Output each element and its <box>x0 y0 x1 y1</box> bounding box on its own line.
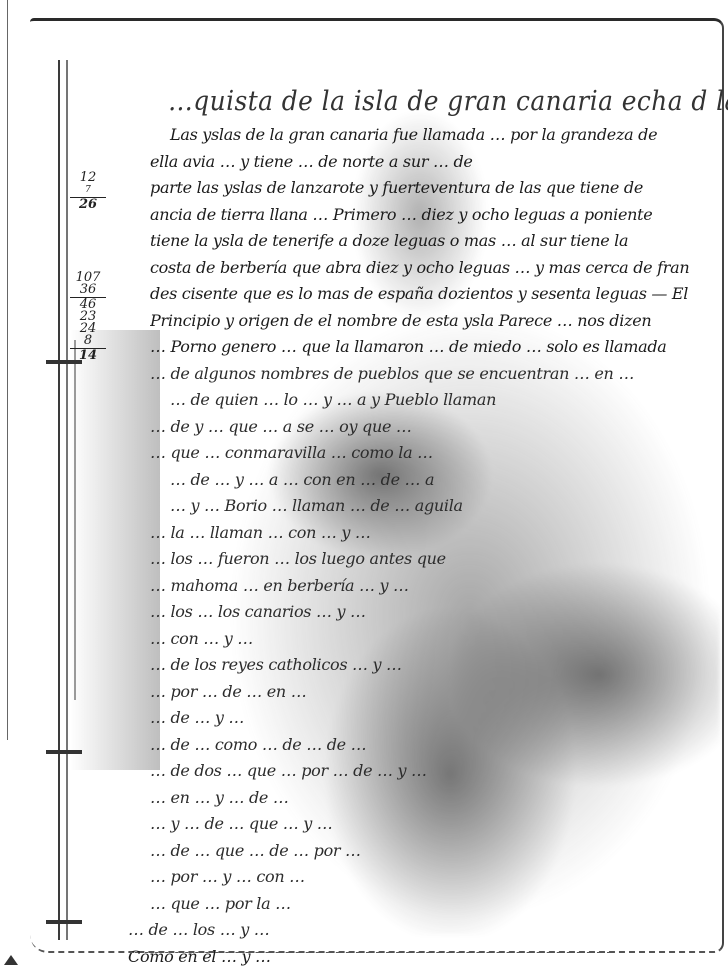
text-line: … y … de … que … y … <box>150 811 710 838</box>
text-line: … de … que … de … por … <box>150 838 710 865</box>
margin-tally-1: 12 7 26 <box>70 172 106 211</box>
text-line: costa de berbería que abra diez y ocho l… <box>150 255 710 282</box>
scan-edge-line <box>7 0 8 740</box>
text-line: … mahoma … en berbería … y … <box>150 573 710 600</box>
text-line: ella avia … y tiene … de norte a sur … d… <box>150 149 710 176</box>
text-line: … de los reyes catholicos … y … <box>150 652 710 679</box>
text-line: … Porno genero … que la llamaron … de mi… <box>150 334 710 361</box>
text-line: parte las yslas de lanzarote y fuerteven… <box>150 175 710 202</box>
margin-number: 12 <box>70 172 106 184</box>
text-line: … en … y … de … <box>150 785 710 812</box>
text-line: … los … fueron … los luego antes que <box>150 546 710 573</box>
text-line: … de y … que … a se … oy que … <box>150 414 710 441</box>
text-line: … de … los … y … <box>128 917 710 944</box>
text-line: … de … y … a … con en … de … a <box>150 467 710 494</box>
text-line: ancia de tierra llana … Primero … diez y… <box>150 202 710 229</box>
text-line: des cisente que es lo mas de españa dozi… <box>150 281 710 308</box>
margin-number: 7 <box>70 184 106 196</box>
text-line: tiene la ysla de tenerife a doze leguas … <box>150 228 710 255</box>
text-line: Como en el … y … <box>128 944 710 971</box>
text-line: … de algunos nombres de pueblos que se e… <box>150 361 710 388</box>
text-line: … la … llaman … con … y … <box>150 520 710 547</box>
text-line: … de … como … de … de … <box>150 732 710 759</box>
text-line: … de … y … <box>150 705 710 732</box>
text-line: … y … Borio … llaman … de … aguila <box>150 493 710 520</box>
text-line: … con … y … <box>150 626 710 653</box>
text-line: … los … los canarios … y … <box>150 599 710 626</box>
margin-number: 36 <box>70 284 106 296</box>
margin-number: 26 <box>70 199 106 211</box>
text-line: … que … conmaravilla … como la … <box>150 440 710 467</box>
text-line: … de quien … lo … y … a y Pueblo llaman <box>150 387 710 414</box>
text-line: … que … por la … <box>150 891 710 918</box>
manuscript-body: Las yslas de la gran canaria fue llamada… <box>150 122 710 970</box>
text-line: … de dos … que … por … de … y … <box>150 758 710 785</box>
margin-number: 14 <box>70 350 106 362</box>
text-line: Las yslas de la gran canaria fue llamada… <box>150 122 710 149</box>
text-line: … por … y … con … <box>150 864 710 891</box>
scan-corner-mark-icon <box>4 955 18 965</box>
text-line: Principio y origen de el nombre de esta … <box>150 308 710 335</box>
manuscript-heading: …quista de la isla de gran canaria echa … <box>168 86 728 117</box>
page-bottom-edge <box>130 952 610 953</box>
margin-number: 8 <box>70 335 106 347</box>
margin-tally-2: 107 36 46 23 24 8 14 <box>70 272 106 362</box>
text-line: … por … de … en … <box>150 679 710 706</box>
